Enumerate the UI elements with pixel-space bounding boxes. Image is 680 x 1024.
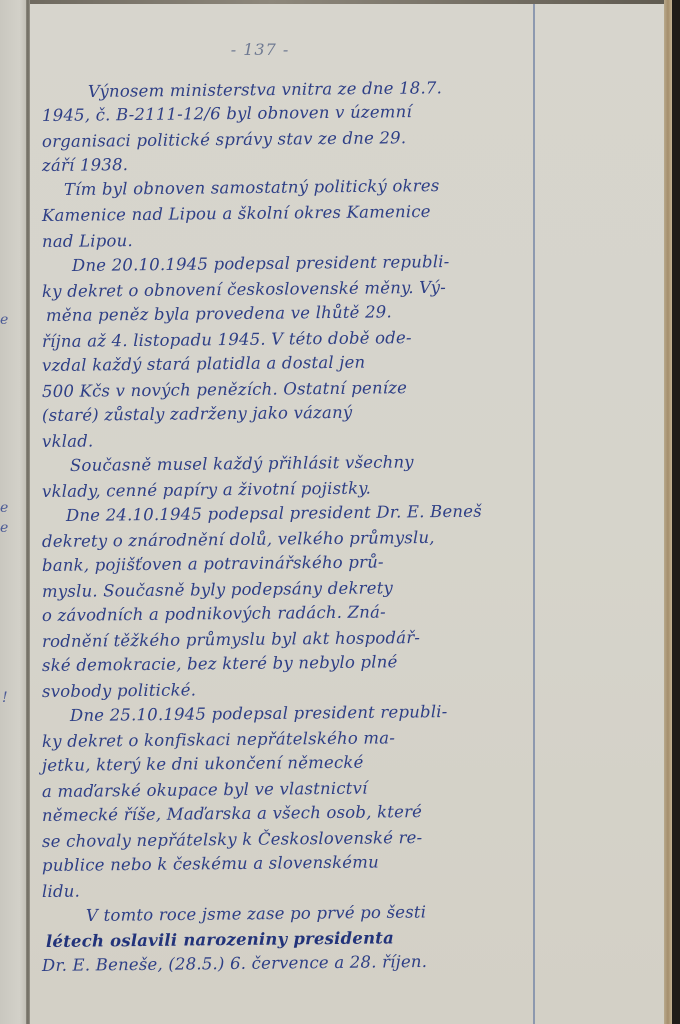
- text-line: rodnění těžkého průmyslu byl akt hospodá…: [42, 628, 420, 651]
- left-margin-fragment: e: [0, 312, 8, 328]
- text-line: ské demokracie, bez které by nebylo plné: [42, 652, 398, 675]
- background-edge: [672, 0, 680, 1024]
- text-line: 1945, č. B-2111-12/6 byl obnoven v územn…: [42, 102, 412, 125]
- text-line: Kamenice nad Lipou a školní okres Kameni…: [42, 202, 431, 225]
- text-line: ky dekret o konfiskaci nepřátelského ma-: [42, 728, 395, 751]
- text-line: Dne 20.10.1945 podepsal president republ…: [72, 252, 450, 275]
- text-line: létech oslavili narozeniny presidenta: [46, 928, 394, 951]
- text-line: nad Lipou.: [42, 231, 133, 251]
- text-line: Současně musel každý přihlásit všechny: [70, 452, 414, 475]
- text-line: 500 Kčs v nových penězích. Ostatní peníz…: [42, 378, 407, 401]
- left-margin-fragment: e: [0, 520, 8, 536]
- text-line: se chovaly nepřátelsky k Československé …: [42, 828, 423, 851]
- text-line: o závodních a podnikových radách. Zná-: [42, 602, 386, 625]
- left-margin-fragment: e: [0, 500, 8, 516]
- text-line: října až 4. listopadu 1945. V této době …: [42, 328, 412, 351]
- text-line: měna peněz byla provedena ve lhůtě 29.: [46, 302, 392, 325]
- left-page-fragment: e e e !: [0, 0, 28, 1024]
- text-line: vzdal každý stará platidla a dostal jen: [42, 353, 366, 375]
- text-line: Výnosem ministerstva vnitra ze dne 18.7.: [88, 78, 442, 101]
- text-line: Dr. E. Beneše, (28.5.) 6. července a 28.…: [42, 952, 427, 975]
- page-stack-edge: [664, 0, 672, 1024]
- book-spread: e e e ! - 137 - Výnosem ministerstva vni…: [0, 0, 680, 1024]
- text-line: (staré) zůstaly zadrženy jako vázaný: [42, 403, 353, 425]
- text-line: lidu.: [42, 882, 80, 901]
- text-line: Tím byl obnoven samostatný politický okr…: [64, 176, 440, 199]
- text-line: a maďarské okupace byl ve vlastnictví: [42, 779, 368, 801]
- text-line: září 1938.: [42, 155, 128, 175]
- text-line: publice nebo k českému a slovenskému: [42, 852, 379, 875]
- text-line: V tomto roce jsme zase po prvé po šesti: [86, 902, 426, 925]
- right-margin-line: [533, 4, 535, 1024]
- text-line: vklad.: [42, 431, 94, 451]
- text-line: organisaci politické správy stav ze dne …: [42, 128, 406, 151]
- text-line: myslu. Současně byly podepsány dekrety: [42, 578, 393, 601]
- text-line: Dne 25.10.1945 podepsal president republ…: [70, 702, 448, 725]
- left-margin-fragment: !: [2, 690, 8, 706]
- text-line: vklady, cenné papíry a životní pojistky.: [42, 479, 371, 501]
- text-line: jetku, který ke dni ukončení německé: [42, 753, 364, 775]
- text-line: bank, pojišťoven a potravinářského prů-: [42, 552, 384, 575]
- page-number: - 137 -: [200, 40, 320, 59]
- text-line: německé říše, Maďarska a všech osob, kte…: [42, 802, 422, 825]
- text-line: svobody politické.: [42, 680, 196, 701]
